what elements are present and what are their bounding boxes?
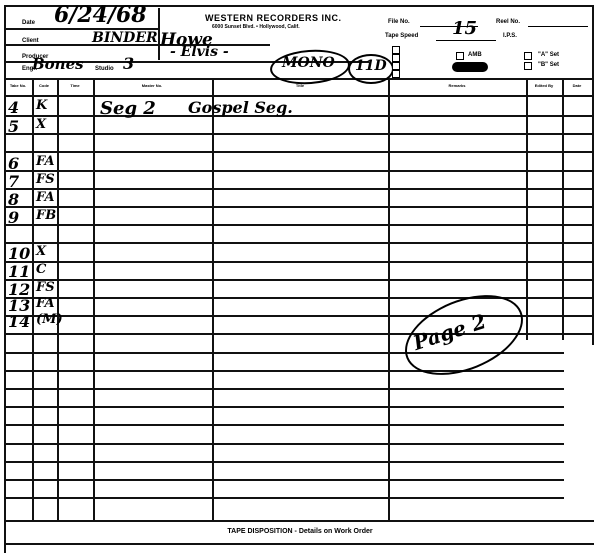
rule-line	[4, 133, 594, 135]
rule-line	[4, 242, 594, 244]
column-header: Remarks	[437, 83, 477, 88]
mode-number-value: 11D	[355, 58, 387, 74]
track-checkbox-4[interactable]	[392, 70, 400, 78]
rule-line	[4, 78, 6, 520]
rule-line	[4, 479, 564, 481]
take-code: FB	[36, 208, 56, 223]
take-number: 14	[8, 312, 30, 331]
amb-label: AMB	[468, 52, 482, 58]
column-header: Time	[55, 83, 95, 88]
take-number: 11	[8, 262, 30, 281]
rule-line	[526, 78, 528, 340]
take-code: K	[36, 98, 47, 113]
rule-line	[4, 188, 594, 190]
reel-no-label: Reel No.	[496, 19, 520, 25]
track-checkbox-3[interactable]	[392, 62, 400, 70]
client-label: Client	[22, 38, 39, 44]
studio-label: Studio	[95, 66, 114, 72]
rule-line	[4, 543, 594, 545]
tape-speed-line	[436, 40, 496, 41]
rule-line	[4, 424, 564, 426]
a-set-label: "A" Set	[538, 52, 559, 58]
client-value: BINDER	[92, 30, 158, 46]
column-header: Date	[557, 83, 597, 88]
take-code: FA	[36, 296, 55, 311]
take-title: Gospel Seg.	[188, 98, 293, 117]
take-number: 9	[8, 208, 19, 227]
company-name: WESTERN RECORDERS INC.	[205, 13, 342, 23]
rule-line	[4, 388, 564, 390]
take-code: X	[36, 244, 46, 259]
rule-line	[4, 261, 594, 263]
rule-line	[4, 224, 594, 226]
engineer-value: Bones	[32, 55, 84, 73]
take-code: FS	[36, 280, 55, 295]
column-header: Title	[280, 83, 320, 88]
tape-speed-label: Tape Speed	[385, 33, 418, 39]
take-code: X	[36, 117, 46, 132]
rule-line	[212, 78, 214, 520]
rule-line	[57, 78, 59, 520]
company-address: 6000 Sunset Blvd. • Hollywood, Calif.	[212, 24, 300, 30]
rule-line	[4, 95, 594, 97]
rule-line	[388, 78, 390, 520]
rule-line	[4, 151, 594, 153]
mode-value: MONO	[282, 55, 335, 71]
take-number: 10	[8, 244, 30, 263]
column-header: Master No.	[132, 83, 172, 88]
rule-line	[4, 461, 564, 463]
rule-line	[4, 115, 594, 117]
take-code: FA	[36, 190, 55, 205]
studio-value: 3	[123, 54, 134, 73]
rule-line	[4, 279, 594, 281]
a-set-checkbox[interactable]	[524, 52, 532, 60]
rule-line	[4, 370, 564, 372]
rule-line	[4, 206, 594, 208]
track-checkbox-1[interactable]	[392, 46, 400, 54]
take-number: 5	[8, 117, 19, 136]
track-checkbox-2[interactable]	[392, 54, 400, 62]
take-code: C	[36, 262, 46, 277]
tape-speed-value: 15	[452, 18, 477, 39]
rule-line	[562, 78, 564, 340]
amb-checkbox[interactable]	[456, 52, 464, 60]
ips-label: I.P.S.	[503, 33, 517, 39]
rule-line	[93, 78, 95, 520]
artist-value: - Elvis -	[170, 44, 229, 60]
rule-line	[4, 170, 594, 172]
take-number: 7	[8, 172, 19, 191]
rule-line	[4, 443, 564, 445]
take-code: FA	[36, 154, 55, 169]
rule-line	[4, 497, 564, 499]
take-number: 8	[8, 190, 19, 209]
file-no-label: File No.	[388, 19, 410, 25]
b-set-label: "B" Set	[538, 62, 559, 68]
rule-line	[592, 78, 594, 340]
take-code: FS	[36, 172, 55, 187]
full-checkbox-filled[interactable]	[452, 62, 488, 72]
take-number: 4	[8, 98, 19, 117]
take-number: 6	[8, 154, 19, 173]
rule-line	[32, 78, 34, 520]
date-value: 6/24/68	[54, 2, 147, 28]
master-number: Seg 2	[100, 98, 156, 119]
reel-no-line	[528, 26, 588, 27]
b-set-checkbox[interactable]	[524, 62, 532, 70]
date-label: Date	[22, 20, 35, 26]
rule-line	[4, 520, 594, 522]
footer-tape-disposition: TAPE DISPOSITION - Details on Work Order	[0, 528, 600, 535]
take-code: (M)	[36, 312, 63, 327]
rule-line	[4, 406, 564, 408]
